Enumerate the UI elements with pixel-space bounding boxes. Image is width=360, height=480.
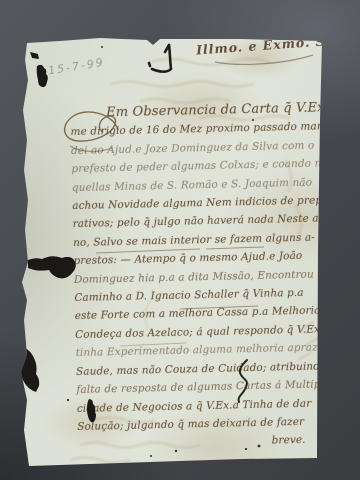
pencil-date-note: 15-7-99 bbox=[47, 56, 105, 78]
manuscript-paper: 15-7-99 Illmo. e Exmo. Snr. Em Observanc… bbox=[0, 0, 360, 480]
salutation-flourish bbox=[215, 55, 313, 64]
ink-hook-mark bbox=[149, 45, 171, 72]
photo-backdrop: 15-7-99 Illmo. e Exmo. Snr. Em Observanc… bbox=[0, 0, 360, 480]
salutation-line: Illmo. e Exmo. Snr. bbox=[196, 33, 327, 57]
letter-body: Em Observancia da Carta q̃ V.Exa. me dir… bbox=[70, 99, 332, 454]
